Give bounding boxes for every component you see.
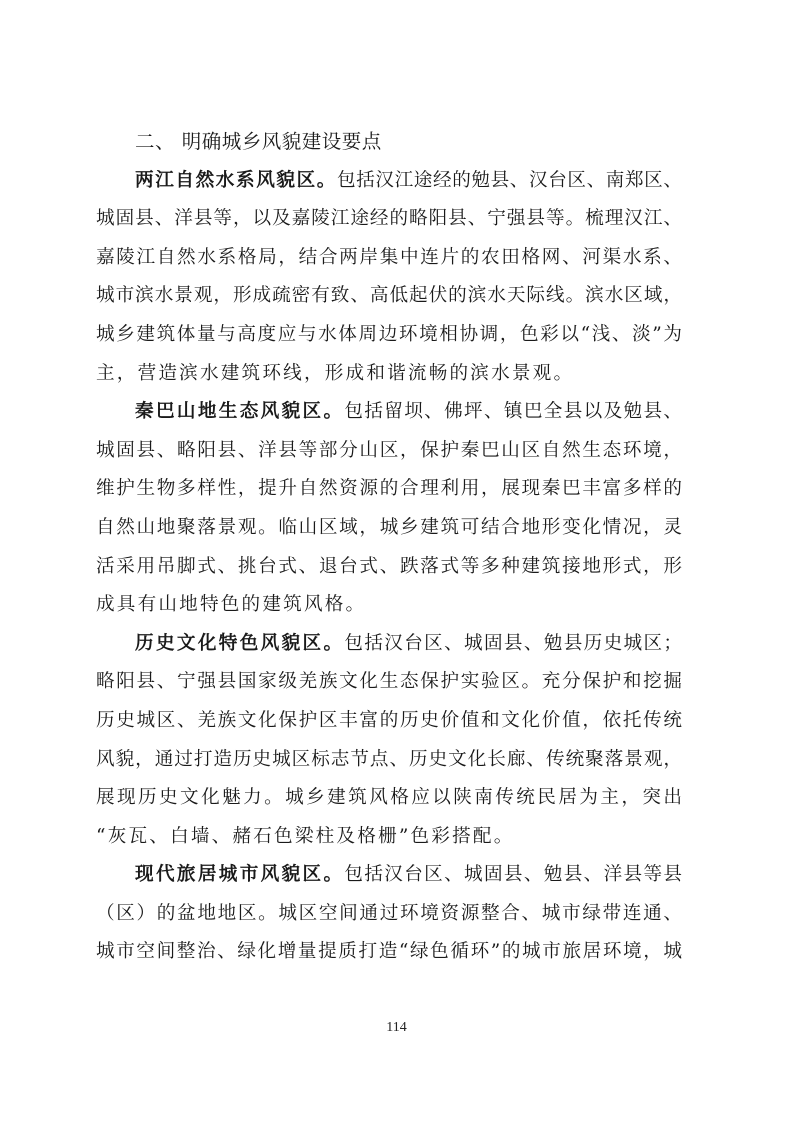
paragraph-line: 风貌，通过打造历史城区标志节点、历史文化长廊、传统聚落景观， bbox=[96, 741, 682, 780]
paragraph-line: 成具有山地特色的建筑风格。 bbox=[96, 586, 682, 625]
paragraph-line: 秦巴山地生态风貌区。包括留坝、佛坪、镇巴全县以及勉县、 bbox=[96, 393, 682, 432]
line-text: 包括汉江途经的勉县、汉台区、南郑区、 bbox=[337, 170, 682, 191]
paragraph-line: 城市空间整治、绿化增量提质打造“绿色循环”的城市旅居环境，城 bbox=[96, 933, 682, 972]
paragraph-line: 略阳县、宁强县国家级羌族文化生态保护实验区。充分保护和挖掘 bbox=[96, 663, 682, 702]
paragraph-line: 城固县、略阳县、洋县等部分山区，保护秦巴山区自然生态环境， bbox=[96, 432, 682, 471]
paragraph-modern-urban-living: 现代旅居城市风貌区。包括汉台区、城固县、勉县、洋县等县 （区）的盆地地区。城区空… bbox=[96, 856, 682, 972]
line-text: 包括留坝、佛坪、镇巴全县以及勉县、 bbox=[344, 401, 682, 422]
paragraph-line: 主，营造滨水建筑环线，形成和谐流畅的滨水景观。 bbox=[96, 355, 682, 394]
document-page: 二、 明确城乡风貌建设要点 两江自然水系风貌区。包括汉江途经的勉县、汉台区、南郑… bbox=[0, 0, 793, 1122]
paragraph-line: 活采用吊脚式、挑台式、退台式、跌落式等多种建筑接地形式，形 bbox=[96, 548, 682, 587]
paragraph-liangjiang-water-system: 两江自然水系风貌区。包括汉江途经的勉县、汉台区、南郑区、 城固县、洋县等，以及嘉… bbox=[96, 162, 682, 394]
paragraph-line: 自然山地聚落景观。临山区域，城乡建筑可结合地形变化情况，灵 bbox=[96, 509, 682, 548]
paragraph-line: 展现历史文化魅力。城乡建筑风格应以陕南传统民居为主，突出 bbox=[96, 779, 682, 818]
paragraph-line: 维护生物多样性，提升自然资源的合理利用，展现秦巴丰富多样的 bbox=[96, 470, 682, 509]
paragraph-line: 现代旅居城市风貌区。包括汉台区、城固县、勉县、洋县等县 bbox=[96, 856, 682, 895]
paragraph-line: 城乡建筑体量与高度应与水体周边环境相协调，色彩以“浅、淡”为 bbox=[96, 316, 682, 355]
paragraph-line: 城固县、洋县等，以及嘉陵江途经的略阳县、宁强县等。梳理汉江、 bbox=[96, 200, 682, 239]
section-heading: 二、 明确城乡风貌建设要点 bbox=[96, 123, 682, 162]
paragraph-lead-title: 现代旅居城市风貌区。 bbox=[135, 864, 344, 885]
paragraph-historic-culture: 历史文化特色风貌区。包括汉台区、城固县、勉县历史城区； 略阳县、宁强县国家级羌族… bbox=[96, 625, 682, 857]
paragraph-lead-title: 两江自然水系风貌区。 bbox=[135, 170, 337, 191]
page-body: 二、 明确城乡风貌建设要点 两江自然水系风貌区。包括汉江途经的勉县、汉台区、南郑… bbox=[96, 123, 682, 972]
paragraph-lead-title: 历史文化特色风貌区。 bbox=[135, 633, 344, 654]
paragraph-line: 嘉陵江自然水系格局，结合两岸集中连片的农田格网、河渠水系、 bbox=[96, 239, 682, 278]
paragraph-qinba-mountain-ecology: 秦巴山地生态风貌区。包括留坝、佛坪、镇巴全县以及勉县、 城固县、略阳县、洋县等部… bbox=[96, 393, 682, 625]
paragraph-line: 历史城区、羌族文化保护区丰富的历史价值和文化价值，依托传统 bbox=[96, 702, 682, 741]
line-text: 包括汉台区、城固县、勉县、洋县等县 bbox=[344, 864, 682, 885]
paragraph-line: “灰瓦、白墙、赭石色梁柱及格栅”色彩搭配。 bbox=[96, 818, 682, 857]
line-text: 包括汉台区、城固县、勉县历史城区； bbox=[344, 633, 682, 654]
paragraph-line: 两江自然水系风貌区。包括汉江途经的勉县、汉台区、南郑区、 bbox=[96, 162, 682, 201]
paragraph-line: 城市滨水景观，形成疏密有致、高低起伏的滨水天际线。滨水区域， bbox=[96, 277, 682, 316]
paragraph-line: （区）的盆地地区。城区空间通过环境资源整合、城市绿带连通、 bbox=[96, 895, 682, 934]
paragraph-line: 历史文化特色风貌区。包括汉台区、城固县、勉县历史城区； bbox=[96, 625, 682, 664]
page-number: 114 bbox=[0, 1020, 793, 1036]
paragraph-lead-title: 秦巴山地生态风貌区。 bbox=[135, 401, 344, 422]
